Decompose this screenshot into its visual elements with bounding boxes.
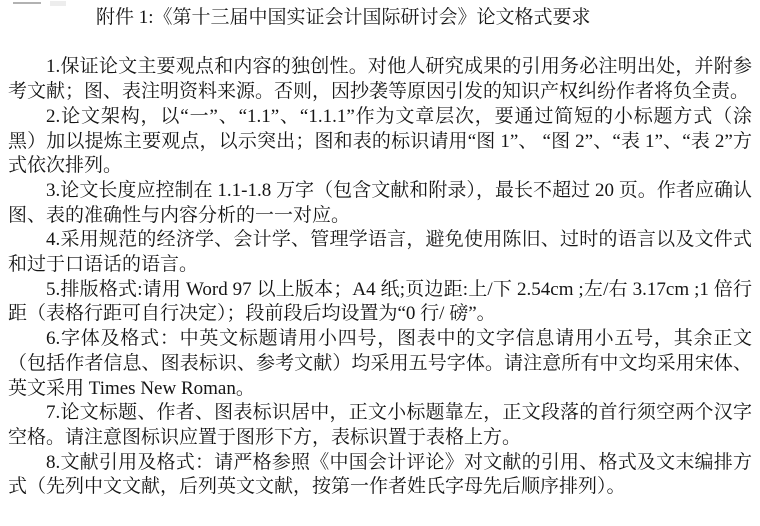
paragraph-originality: 1.保证论文主要观点和内容的独创性。对他人研究成果的引用务必注明出处，并附参考文…: [8, 55, 752, 104]
scan-artifact-smudge: [50, 1, 66, 6]
paragraph-language: 4.采用规范的经济学、会计学、管理学语言，避免使用陈旧、过时的语言以及文件式和过…: [8, 228, 752, 277]
document-title: 附件 1:《第十三届中国实证会计国际研讨会》论文格式要求: [8, 6, 752, 31]
scan-artifact-line: [13, 2, 41, 4]
paragraph-layout-format: 5.排版格式:请用 Word 97 以上版本；A4 纸;页边距:上/下 2.54…: [8, 278, 752, 327]
scanned-document-page: 附件 1:《第十三届中国实证会计国际研讨会》论文格式要求 1.保证论文主要观点和…: [0, 0, 760, 526]
paragraph-font-format: 6.字体及格式：中英文标题请用小四号，图表中的文字信息请用小五号，其余正文（包括…: [8, 327, 752, 401]
paragraph-alignment: 7.论文标题、作者、图表标识居中，正文小标题靠左，正文段落的首行须空两个汉字空格…: [8, 401, 752, 450]
paragraph-citation-format: 8.文献引用及格式：请严格参照《中国会计评论》对文献的引用、格式及文末编排方式（…: [8, 451, 752, 500]
paragraph-structure: 2.论文架构，以“一”、“1.1”、“1.1.1”作为文章层次，要通过简短的小标…: [8, 105, 752, 179]
paragraph-length: 3.论文长度应控制在 1.1-1.8 万字（包含文献和附录），最长不超过 20 …: [8, 179, 752, 228]
